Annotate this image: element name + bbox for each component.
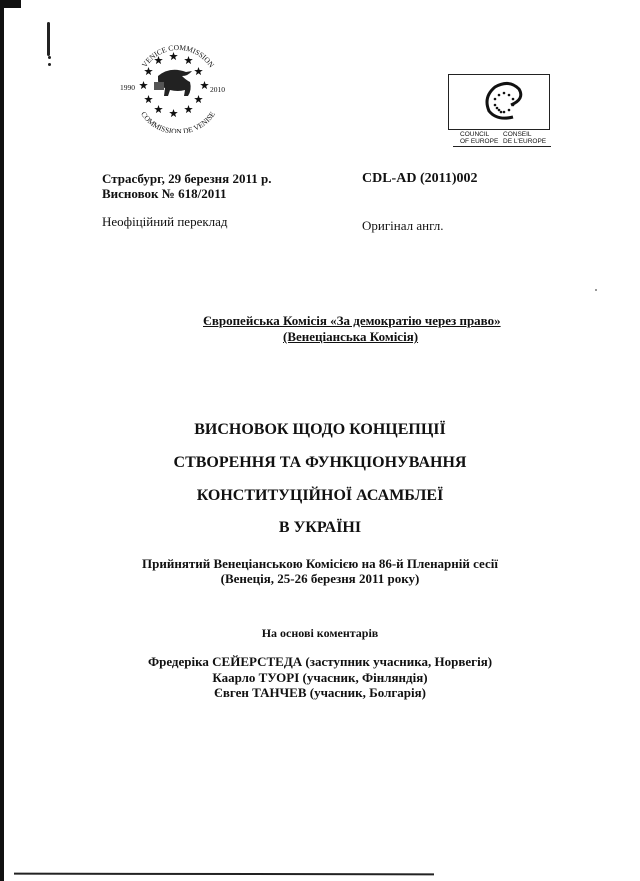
svg-text:1990: 1990	[120, 83, 135, 92]
commission-alias: (Венеціанська Комісія)	[283, 329, 418, 345]
document-date: Страсбург, 29 березня 2011 р.	[102, 171, 271, 187]
council-of-europe-logo: COUNCIL OF EUROPE CONSEIL DE L'EUROPE	[445, 74, 555, 150]
rapporteur: Каарло ТУОРІ (учасник, Фінляндія)	[0, 670, 640, 686]
venice-commission-logo: VENICE COMMISSION COMMISSION DE VENISE 1…	[118, 38, 238, 133]
document-title-line: ВИСНОВОК ЩОДО КОНЦЕПЦІЇ	[0, 421, 640, 439]
opinion-number: Висновок № 618/2011	[102, 186, 226, 202]
document-title-line: В УКРАЇНІ	[0, 519, 640, 537]
coe-label-fr: CONSEIL DE L'EUROPE	[503, 131, 546, 145]
document-title-line: СТВОРЕННЯ ТА ФУНКЦІОНУВАННЯ	[0, 454, 640, 472]
document-title-line: КОНСТИТУЦІЙНОЇ АСАМБЛЕЇ	[0, 487, 640, 505]
scan-speck	[595, 289, 597, 291]
commission-name: Європейська Комісія «За демократію через…	[203, 313, 523, 329]
scan-border-left	[0, 0, 4, 881]
unofficial-translation-note: Неофіційний переклад	[102, 214, 228, 230]
rapporteurs-heading: На основі коментарів	[0, 626, 640, 641]
svg-text:2010: 2010	[210, 85, 225, 94]
handwritten-dot	[48, 63, 51, 66]
adoption-note: Прийнятий Венеціанською Комісією на 86-й…	[0, 556, 640, 572]
original-language-note: Оригінал англ.	[362, 218, 444, 234]
rapporteur: Євген ТАНЧЕВ (учасник, Болгарія)	[0, 685, 640, 701]
document-code: CDL-AD (2011)002	[362, 171, 478, 187]
adoption-place-date: (Венеція, 25-26 березня 2011 року)	[0, 571, 640, 587]
coe-label-en: COUNCIL OF EUROPE	[460, 131, 498, 145]
scan-border-top	[0, 0, 21, 8]
rapporteur: Фредеріка СЕЙЕРСТЕДА (заступник учасника…	[0, 654, 640, 670]
svg-text:COMMISSION DE VENISE: COMMISSION DE VENISE	[139, 110, 217, 133]
coe-emblem-box	[448, 74, 550, 130]
handwritten-mark	[47, 22, 50, 56]
venice-top-text: VENICE COMMISSION	[140, 43, 217, 70]
coe-underline	[453, 146, 551, 147]
scan-line	[14, 873, 434, 876]
handwritten-dot	[48, 56, 51, 59]
